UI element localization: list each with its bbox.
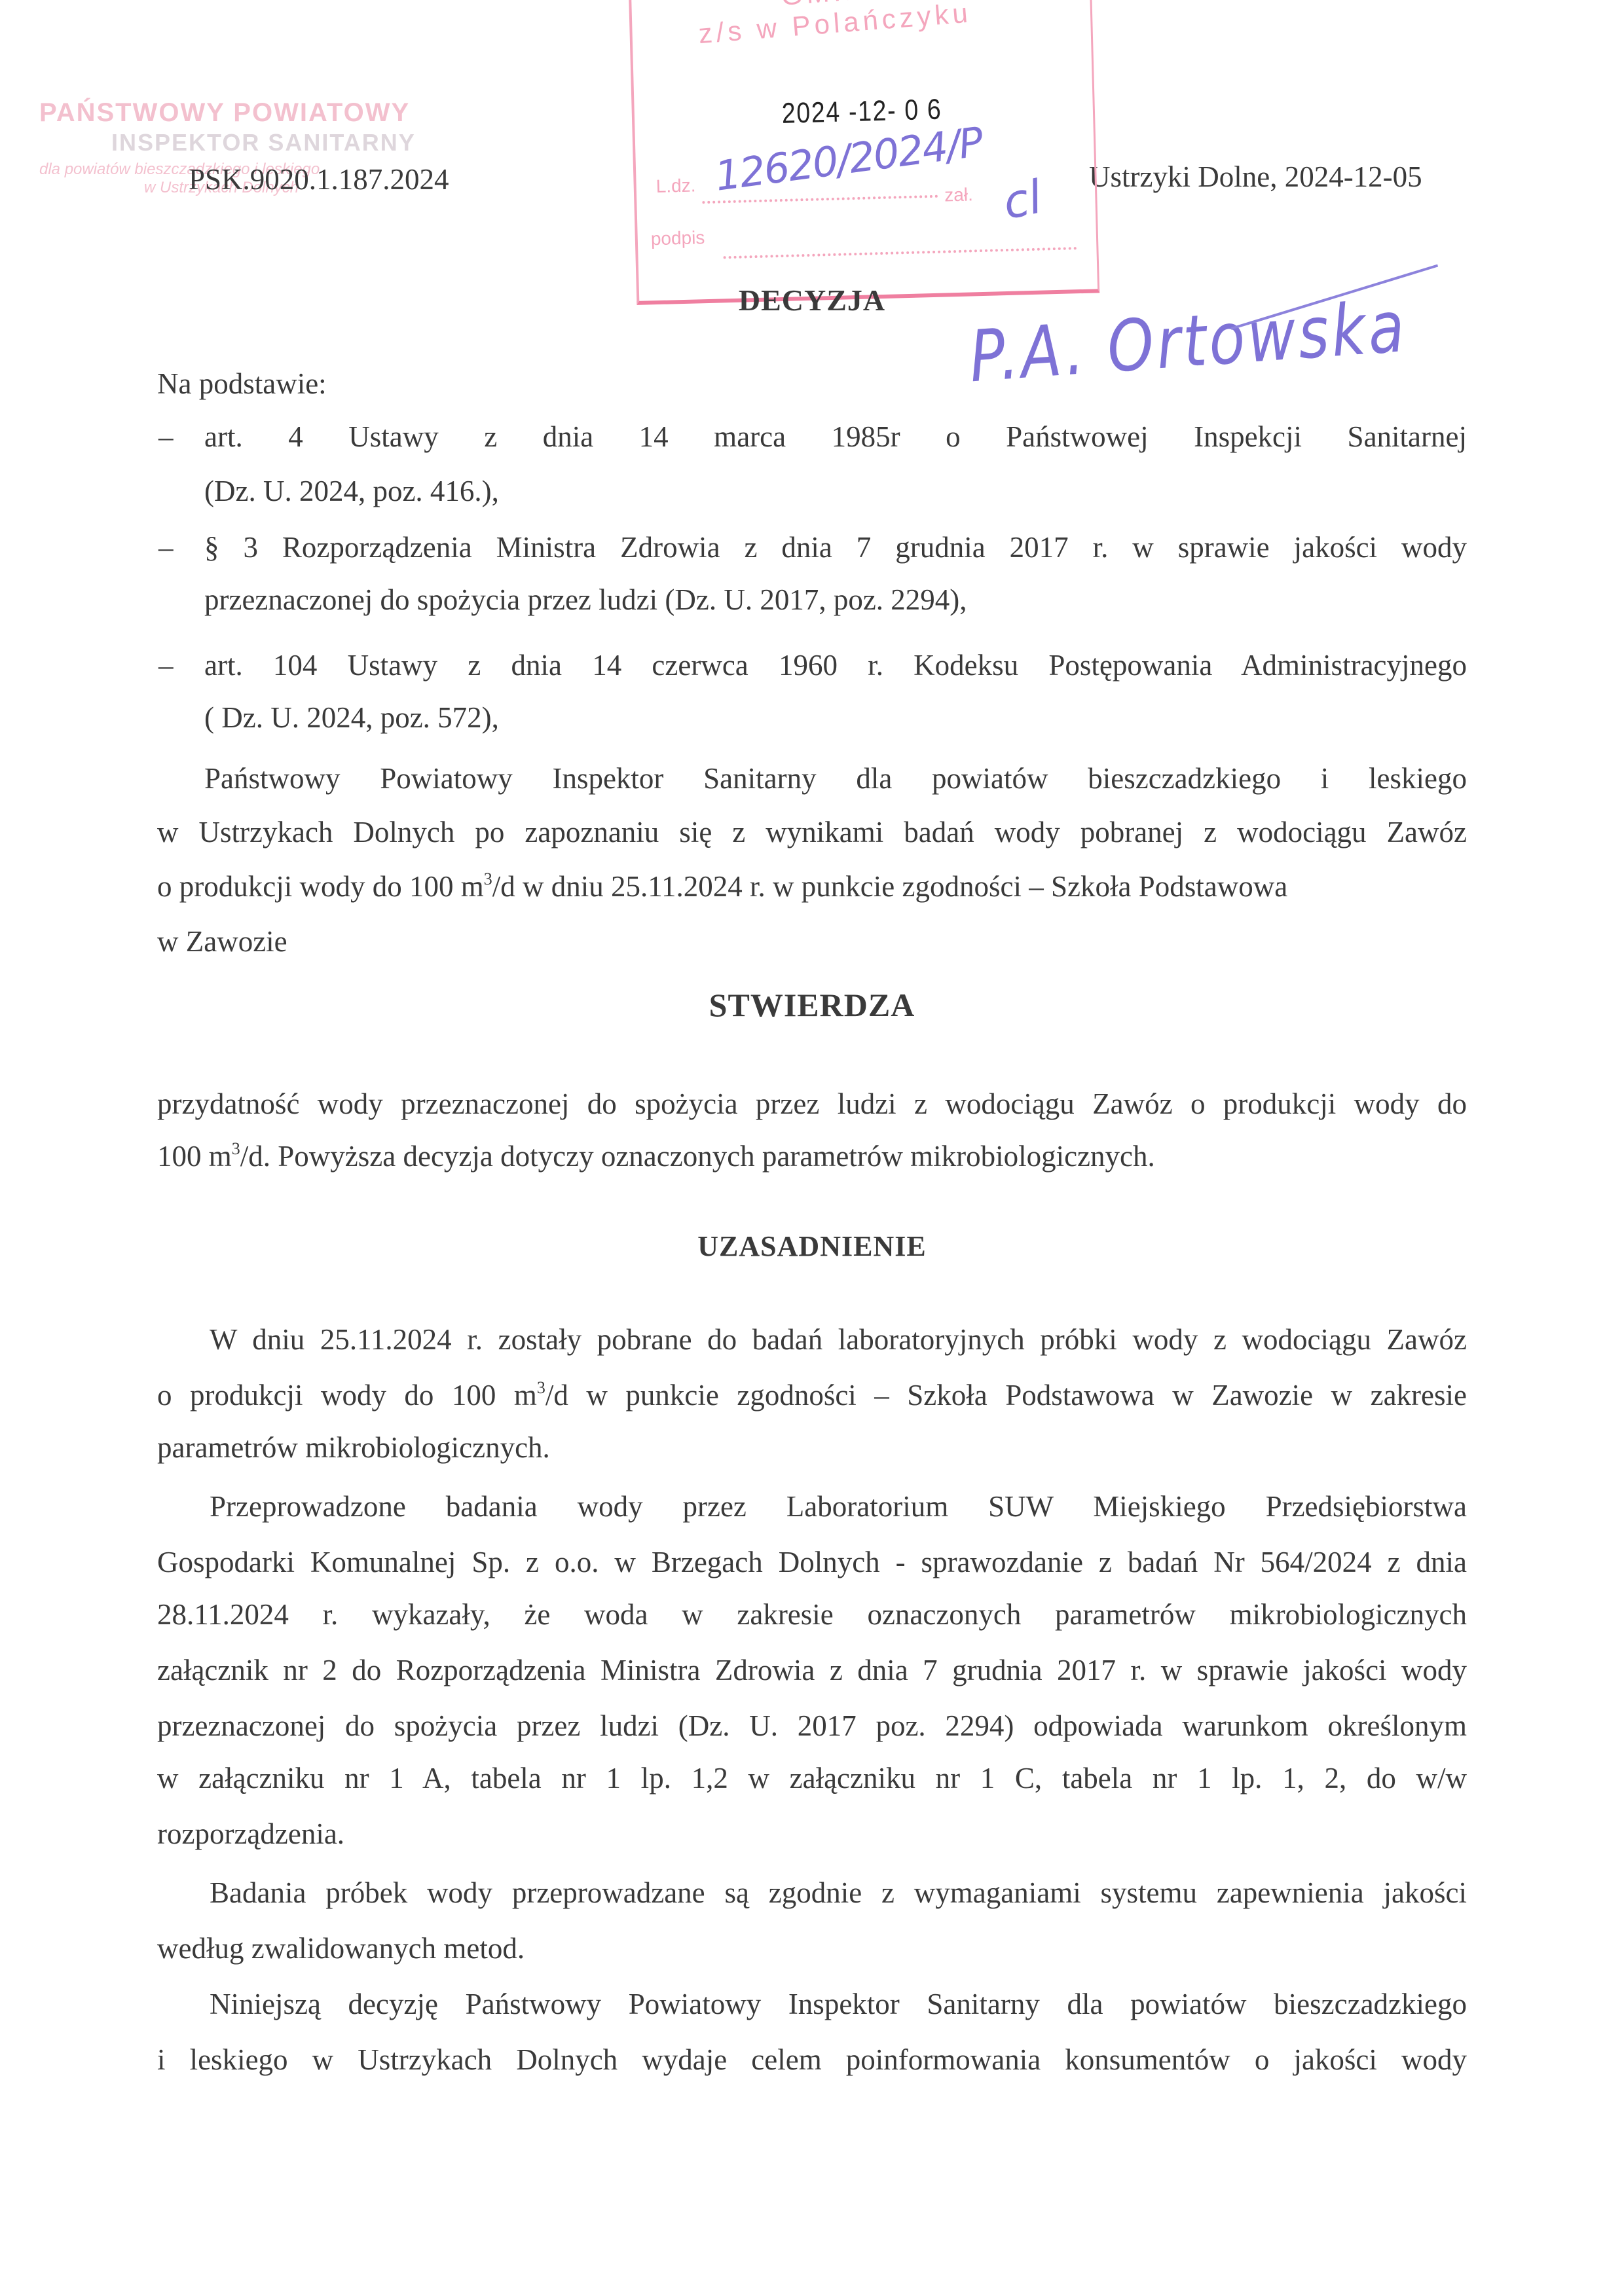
preamble-line2: w Ustrzykach Dolnych po zapoznaniu się z… [157,815,1467,849]
reference-number: PSK.9020.1.187.2024 [189,165,449,194]
legal-basis-2-line2: przeznaczonej do spożycia przez ludzi (D… [204,583,967,617]
superscript: 3 [537,1378,545,1397]
justification-p2-line7: rozporządzenia. [157,1817,344,1851]
ldz-label: L.dz. [655,175,696,197]
justification-p3-line2: według zwalidowanych metod. [157,1931,525,1965]
legal-basis-1-line2: (Dz. U. 2024, poz. 416.), [204,474,499,508]
justification-p2-line3: 28.11.2024 r. wykazały, że woda w zakres… [157,1597,1467,1631]
legal-basis-1-line1: art. 4 Ustawy z dnia 14 marca 1985r o Pa… [204,420,1467,454]
place-date: Ustrzyki Dolne, 2024-12-05 [1089,162,1422,192]
preamble-line3-b: /d w dniu 25.11.2024 r. w punkcie zgodno… [492,870,1287,903]
receipt-stamp-header: GMINY SOLINA z/s w Polańczyku [690,0,1029,50]
preamble-line3-a: o produkcji wody do 100 m [157,870,484,903]
justification-p2-line5: przeznaczonej do spożycia przez ludzi (D… [157,1709,1467,1743]
bullet-glyph: – [158,420,174,454]
decision-line2-b: /d. Powyższa decyzja dotyczy oznaczonych… [240,1140,1155,1173]
bullet-glyph: – [158,648,174,682]
justification-p4-line2: i leskiego w Ustrzykach Dolnych wydaje c… [157,2043,1467,2077]
justification-p1-line2-b: /d w punkcie zgodności – Szkoła Podstawo… [545,1379,1467,1412]
preamble-line4: w Zawozie [157,924,287,958]
podpis-dotted-line [724,247,1077,259]
justification-p1-line1: W dniu 25.11.2024 r. zostały pobrane do … [210,1322,1467,1357]
legal-basis-3-line1: art. 104 Ustawy z dnia 14 czerwca 1960 r… [204,648,1467,682]
justification-p1-line3: parametrów mikrobiologicznych. [157,1430,550,1465]
justification-p2-line2: Gospodarki Komunalnej Sp. z o.o. w Brzeg… [157,1545,1467,1579]
legal-basis-3-line2: ( Dz. U. 2024, poz. 572), [204,701,499,735]
superscript: 3 [232,1139,240,1158]
receipt-stamp-header-line2: z/s w Polańczyku [697,0,1029,50]
justification-heading: UZASADNIENIE [0,1230,1624,1263]
receipt-date: 2024 -12- 0 6 [781,94,942,130]
legal-basis-2-line1: § 3 Rozporządzenia Ministra Zdrowia z dn… [204,530,1467,564]
podpis-label: podpis [650,227,705,249]
justification-p2-line4: załącznik nr 2 do Rozporządzenia Ministr… [157,1653,1467,1687]
basis-intro: Na podstawie: [157,367,327,401]
decision-heading: STWIERDZA [0,986,1624,1024]
zal-label: zał. [944,184,973,206]
justification-p4-line1: Niniejszą decyzję Państwowy Powiatowy In… [210,1987,1467,2021]
decision-line2: 100 m3/d. Powyższa decyzja dotyczy oznac… [157,1139,1155,1173]
preamble-line1: Państwowy Powiatowy Inspektor Sanitarny … [204,761,1467,795]
decision-line2-a: 100 m [157,1140,232,1173]
superscript: 3 [484,869,492,888]
justification-p2-line1: Przeprowadzone badania wody przez Labora… [210,1489,1467,1523]
preamble-line3: o produkcji wody do 100 m3/d w dniu 25.1… [157,869,1287,903]
justification-p1-line2-a: o produkcji wody do 100 m [157,1379,537,1412]
justification-p2-line6: w załączniku nr 1 A, tabela nr 1 lp. 1,2… [157,1761,1467,1795]
office-stamp-line1: PAŃSTWOWY POWIATOWY [39,98,419,128]
receipt-stamp: GMINY SOLINA z/s w Polańczyku 2024 -12- … [629,0,1099,305]
justification-p3-line1: Badania próbek wody przeprowadzane są zg… [210,1876,1467,1910]
bullet-glyph: – [158,530,174,564]
handwritten-initials: cl [999,170,1046,230]
office-stamp-line2: INSPEKTOR SANITARNY [111,129,419,156]
decision-line1: przydatność wody przeznaczonej do spożyc… [157,1087,1467,1121]
justification-p1-line2: o produkcji wody do 100 m3/d w punkcie z… [157,1378,1467,1412]
